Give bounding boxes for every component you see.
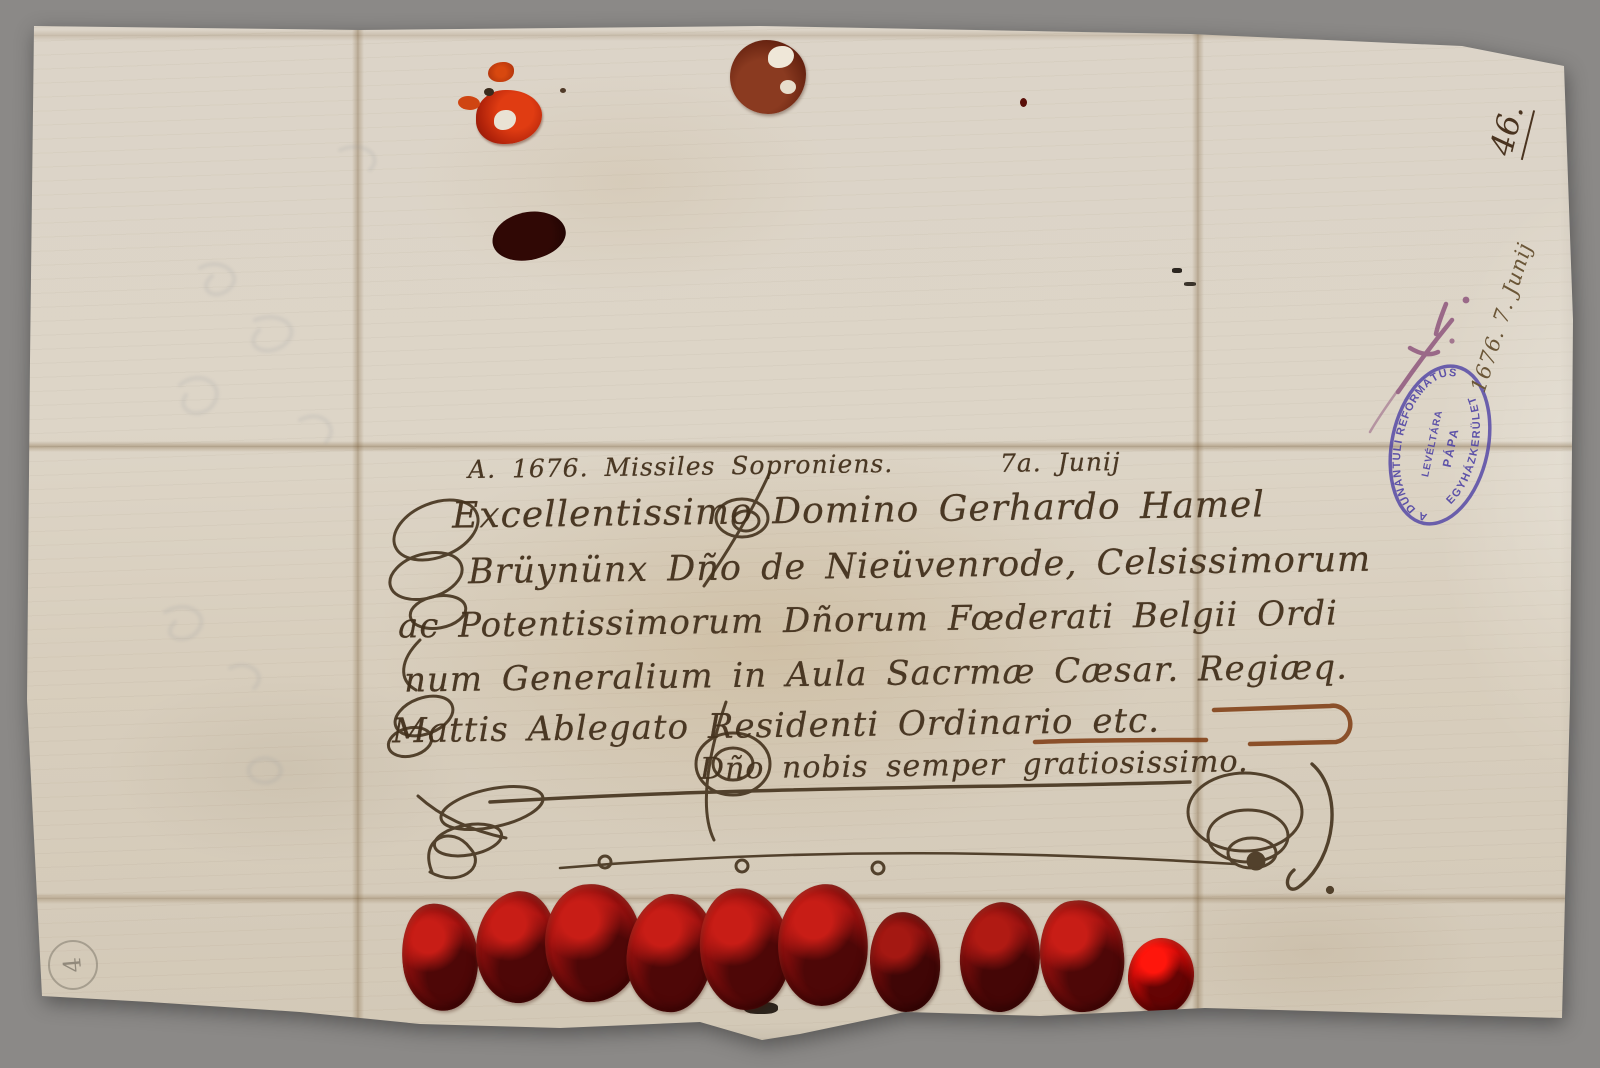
- paper-edge-shading: [0, 0, 1600, 1068]
- paper-shadow-wrap: A. 1676. Missiles Soproniens. 7a. Junij …: [0, 0, 1600, 1068]
- photograph-of-letter: A. 1676. Missiles Soproniens. 7a. Junij …: [0, 0, 1600, 1068]
- letter-paper-verso: A. 1676. Missiles Soproniens. 7a. Junij …: [0, 0, 1600, 1068]
